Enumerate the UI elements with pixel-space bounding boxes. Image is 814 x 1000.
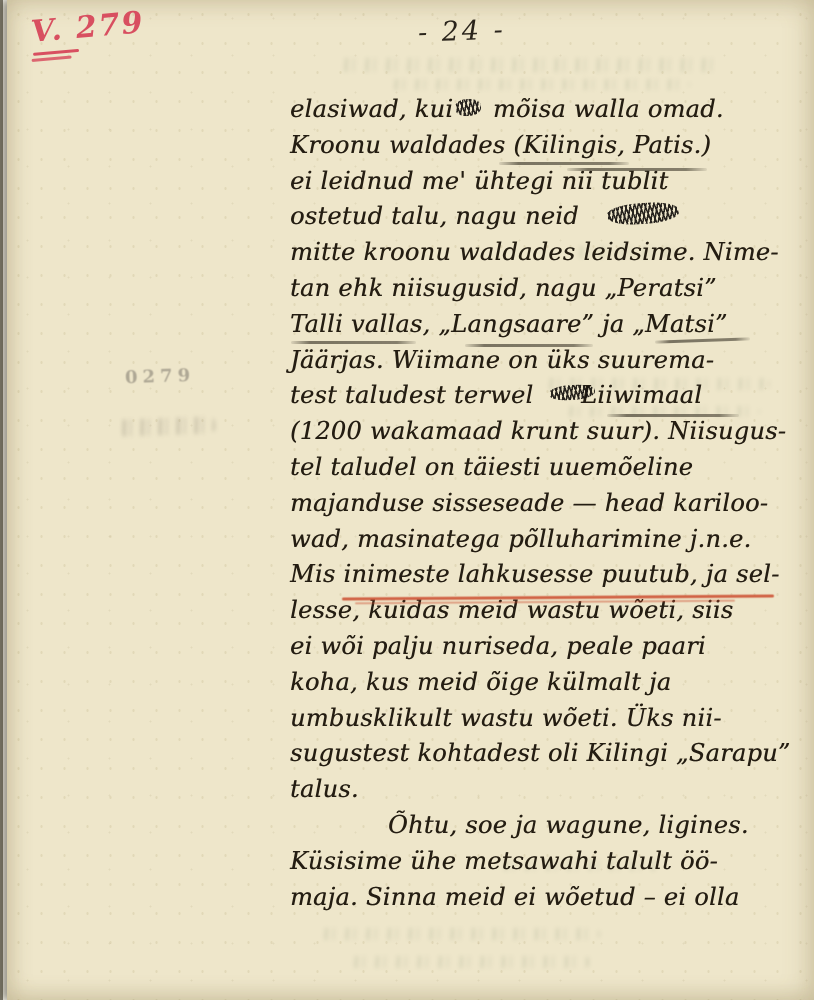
bleed-through-mark bbox=[320, 928, 600, 940]
pencil-underline bbox=[607, 414, 739, 417]
bleed-through-mark bbox=[390, 79, 690, 90]
manuscript-line: elasiwad, kui mõisa walla omad. bbox=[290, 92, 790, 128]
manuscript-text: elasiwad, kui mõisa walla omad. Kroonu w… bbox=[290, 92, 790, 915]
pencil-underline bbox=[465, 344, 593, 347]
manuscript-line: Jäärjas. Wiimane on üks suurema- bbox=[290, 343, 790, 379]
manuscript-line: Küsisime ühe metsawahi talult öö- bbox=[290, 844, 790, 880]
manuscript-line: test taludest terwel Liiwimaal bbox=[290, 378, 790, 414]
manuscript-line: tel taludel on täiesti uuemõeline bbox=[290, 450, 790, 486]
manuscript-line: ei wõi palju nuriseda, peale paari bbox=[290, 629, 790, 665]
manuscript-line: wad, masinatega põlluharimine j.n.e. bbox=[290, 522, 790, 558]
manuscript-line: sugustest kohtadest oli Kilingi „Sarapu” bbox=[290, 736, 790, 772]
pencil-underline bbox=[499, 162, 629, 165]
archive-stamp: 0279 bbox=[125, 365, 196, 388]
manuscript-line: tan ehk niisugusid, nagu „Peratsi” bbox=[290, 271, 790, 307]
faint-stamp-smudge bbox=[119, 416, 216, 436]
manuscript-line: mitte kroonu waldades leidsime. Nime- bbox=[290, 235, 790, 271]
bleed-through-mark bbox=[350, 956, 590, 968]
manuscript-line: Talli vallas, „Langsaare” ja „Matsi” bbox=[290, 307, 790, 343]
scanned-page: V. 279 - 24 - 0279 elasiwad, kui mõisa w… bbox=[0, 0, 814, 1000]
manuscript-line: Mis inimeste lahkusesse puutub, ja sel- bbox=[290, 557, 790, 593]
pencil-underline bbox=[291, 341, 416, 344]
archival-mark: V. 279 bbox=[30, 5, 146, 50]
archival-mark-underline bbox=[32, 56, 72, 62]
manuscript-line: (1200 wakamaad krunt suur). Niisugus- bbox=[290, 414, 790, 450]
manuscript-line: ei leidnud me' ühtegi nii tublit bbox=[290, 164, 790, 200]
manuscript-line: majanduse sisseseade — head kariloo- bbox=[290, 486, 790, 522]
archival-mark-text: V. 279 bbox=[30, 5, 146, 50]
paper: V. 279 - 24 - 0279 elasiwad, kui mõisa w… bbox=[7, 0, 814, 1000]
manuscript-line: Kroonu waldades (Kilingis, Patis.) bbox=[290, 128, 790, 164]
bleed-through-mark bbox=[340, 58, 720, 72]
manuscript-line: koha, kus meid õige külmalt ja bbox=[290, 665, 790, 701]
archival-mark-underline bbox=[33, 49, 79, 56]
manuscript-line: maja. Sinna meid ei wõetud – ei olla bbox=[290, 880, 790, 916]
manuscript-line: ostetud talu, nagu neid bbox=[290, 199, 790, 235]
manuscript-line: umbusklikult wastu wõeti. Üks nii- bbox=[290, 701, 790, 737]
manuscript-line: talus. bbox=[290, 772, 790, 808]
page-number: - 24 - bbox=[417, 14, 506, 48]
manuscript-line: Õhtu, soe ja wagune, ligines. bbox=[290, 808, 790, 844]
pencil-underline bbox=[567, 168, 707, 171]
